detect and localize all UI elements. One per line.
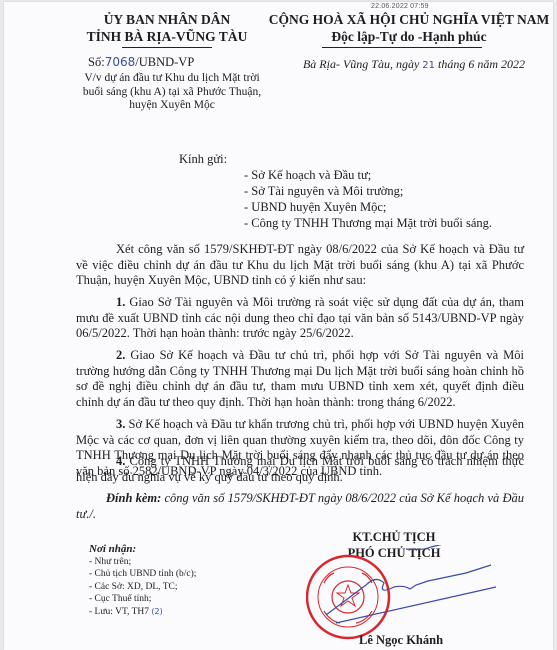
date-day-handwritten: 21	[422, 60, 435, 71]
document-number-handwritten: 7068	[105, 55, 136, 69]
issuer-line1: ỦY BAN NHÂN DÂN	[82, 11, 252, 28]
national-header: CỘNG HOÀ XÃ HỘI CHỦ NGHĨA VIỆT NAM Độc l…	[264, 11, 554, 45]
recipient-item: - Lưu: VT, TH7 (2)	[89, 606, 196, 619]
signature-title-1: KT.CHỦ TỊCH	[324, 530, 464, 545]
recipient-item: - Chủ tịch UBND tỉnh (b/c);	[89, 568, 196, 581]
recipients-block: Nơi nhận: - Như trên; - Chủ tịch UBND tỉ…	[89, 543, 196, 618]
recipient-item: - Cục Thuế tỉnh;	[89, 593, 196, 606]
document-page: 22.06.2022 07:59 ỦY BAN NHÂN DÂN TỈNH BÀ…	[4, 2, 553, 650]
timestamp-stamp: 22.06.2022 07:59	[371, 3, 429, 10]
addressee-item: - Sở Kế hoạch và Đầu tư;	[244, 168, 371, 183]
recipient-handwritten-note: (2)	[151, 607, 162, 616]
motto-underline	[322, 47, 482, 48]
body-intro: Xét công văn số 1579/SKHĐT-ĐT ngày 08/6/…	[76, 242, 524, 289]
signer-name: Lê Ngọc Khánh	[359, 633, 443, 648]
national-motto: Độc lập-Tự do -Hạnh phúc	[264, 28, 554, 45]
national-line1: CỘNG HOÀ XÃ HỘI CHỦ NGHĨA VIỆT NAM	[264, 11, 554, 28]
official-seal-icon	[306, 545, 506, 645]
body-item-2: 2. Giao Sở Kế hoạch và Đầu tư chủ trì, p…	[76, 348, 524, 410]
addressee-item: - UBND huyện Xuyên Mộc;	[244, 200, 386, 215]
issuer-line2: TỈNH BÀ RỊA-VŨNG TÀU	[82, 28, 252, 45]
body-item-1: 1. Giao Sở Tài nguyên và Môi trường rà s…	[76, 295, 524, 342]
document-date: Bà Rịa- Vũng Tàu, ngày 21 tháng 6 năm 20…	[274, 57, 554, 72]
attachment-note: Đính kèm: công văn số 1579/SKHĐT-ĐT ngày…	[76, 491, 524, 522]
addressee-label: Kính gửi:	[179, 152, 227, 167]
body-item-4: 4. Công ty TNHH Thương mại Du lịch Mặt t…	[76, 454, 524, 485]
issuer-header: ỦY BAN NHÂN DÂN TỈNH BÀ RỊA-VŨNG TÀU	[82, 11, 252, 45]
addressee-item: - Sở Tài nguyên và Môi trường;	[244, 184, 403, 199]
document-number: Số:7068/UBND-VP	[88, 55, 194, 70]
recipients-label: Nơi nhận:	[89, 543, 196, 556]
recipient-item: - Các Sở: XD, DL, TC;	[89, 581, 196, 594]
recipient-item: - Như trên;	[89, 556, 196, 569]
document-subject: V/v dự án đầu tư Khu du lịch Mặt trời bu…	[82, 72, 262, 113]
addressee-item: - Công ty TNHH Thương mại Mặt trời buổi …	[244, 216, 492, 231]
issuer-underline	[122, 47, 212, 48]
